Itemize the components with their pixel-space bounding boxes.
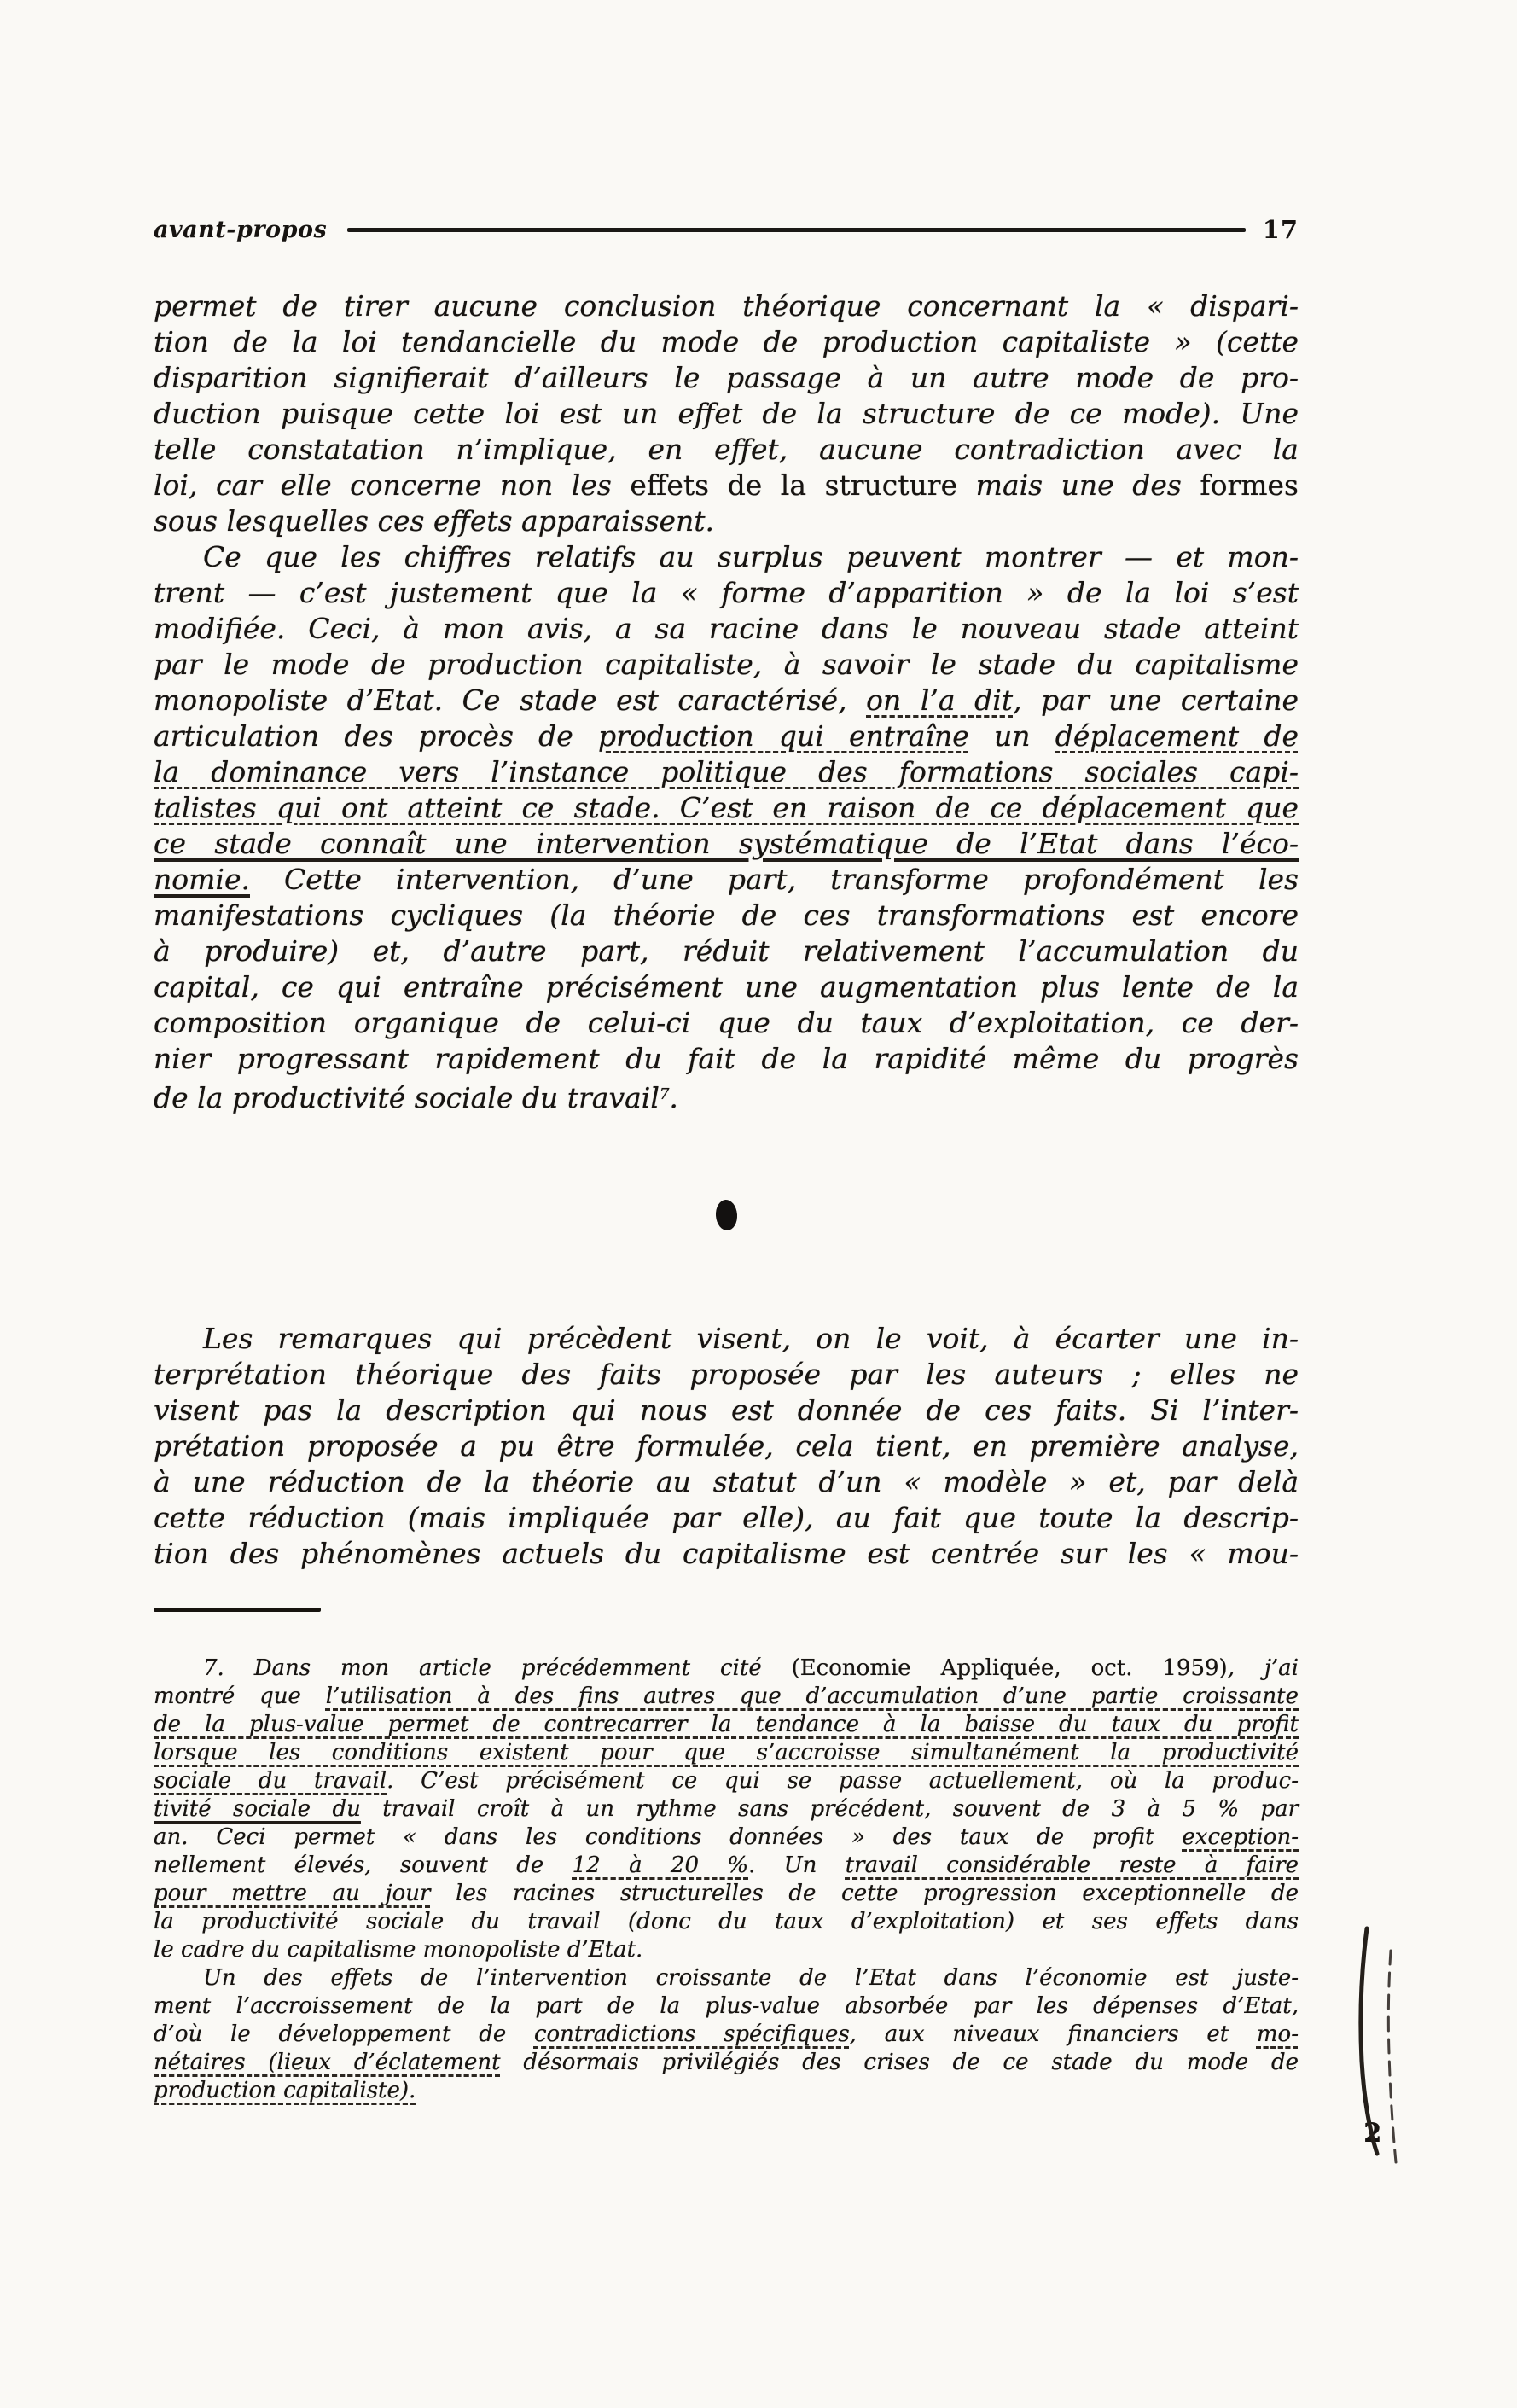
- text-segment: effets de la structure: [630, 468, 975, 502]
- text-segment: , j’ai: [1228, 1655, 1299, 1681]
- section-break: [154, 1200, 1299, 1230]
- underlined-text: nomie.: [154, 863, 250, 896]
- margin-pen-marks: [1328, 1925, 1404, 2172]
- text-line: nomie. Cette intervention, d’une part, t…: [154, 862, 1299, 898]
- text-segment: à produire) et, d’autre part, réduit rel…: [154, 934, 1299, 968]
- text-line: duction puisque cette loi est un effet d…: [154, 396, 1299, 432]
- underlined-text: la dominance vers l’instance politique d…: [154, 755, 1299, 788]
- text-line: pour mettre au jour les racines structur…: [154, 1880, 1299, 1908]
- text-segment: les racines structurelles de cette progr…: [430, 1881, 1299, 1906]
- text-line: la productivité sociale du travail (donc…: [154, 1908, 1299, 1936]
- underlined-text: de la plus-value permet de contrecarrer …: [154, 1712, 1299, 1737]
- underlined-text: déplacement de: [1055, 719, 1299, 753]
- text-segment: .: [669, 1081, 678, 1114]
- text-segment: tion des phénomènes actuels du capitalis…: [154, 1537, 1299, 1570]
- underlined-text: travail considérable reste à faire: [846, 1853, 1299, 1878]
- text-segment: manifestations cycliques (la théorie de …: [154, 899, 1299, 932]
- text-line: lorsque les conditions existent pour que…: [154, 1739, 1299, 1767]
- text-line: trent — c’est justement que la « forme d…: [154, 575, 1299, 611]
- text-segment: Ce que les chiffres relatifs au surplus …: [203, 540, 1299, 573]
- text-segment: mais une des: [976, 468, 1200, 502]
- footnote-rule: [154, 1608, 321, 1612]
- text-line: cette réduction (mais impliquée par elle…: [154, 1500, 1299, 1536]
- text-segment: telle constatation n’implique, en effet,…: [154, 433, 1299, 466]
- text-segment: terprétation théorique des faits proposé…: [154, 1358, 1299, 1391]
- text-segment: un: [969, 719, 1055, 753]
- text-segment: nellement élevés, souvent de: [154, 1853, 573, 1878]
- text-line: manifestations cycliques (la théorie de …: [154, 898, 1299, 934]
- text-segment: an. Ceci permet « dans les conditions do…: [154, 1824, 1182, 1850]
- text-line: Un des effets de l’intervention croissan…: [154, 1964, 1299, 1992]
- underlined-text: contradictions spécifiques: [534, 2021, 850, 2047]
- running-title: avant-propos: [154, 217, 327, 243]
- text-segment: visent pas la description qui nous est d…: [154, 1393, 1299, 1427]
- body-text: permet de tirer aucune conclusion théori…: [154, 288, 1299, 1113]
- text-line: talistes qui ont atteint ce stade. C’est…: [154, 790, 1299, 826]
- text-segment: , par une certaine: [1013, 683, 1299, 717]
- underlined-text: talistes qui ont atteint ce stade. C’est…: [154, 791, 1299, 824]
- text-line: la dominance vers l’instance politique d…: [154, 754, 1299, 790]
- text-line: terprétation théorique des faits proposé…: [154, 1357, 1299, 1393]
- text-line: 7. Dans mon article précédemment cité (E…: [154, 1655, 1299, 1683]
- text-segment: disparition signifierait d’ailleurs le p…: [154, 361, 1299, 394]
- book-page: avant-propos 17 permet de tirer aucune c…: [0, 0, 1517, 2408]
- underlined-text: l’utilisation à des fins autres que d’ac…: [326, 1684, 1299, 1709]
- text-line: montré que l’utilisation à des fins autr…: [154, 1683, 1299, 1711]
- section-break-bullet-icon: [714, 1199, 737, 1231]
- text-line: composition organique de celui-ci que du…: [154, 1005, 1299, 1041]
- header-rule: [347, 228, 1245, 232]
- text-line: visent pas la description qui nous est d…: [154, 1393, 1299, 1428]
- text-segment: 7. Dans mon article précédemment cité: [203, 1655, 792, 1681]
- text-segment: la productivité sociale du travail (donc…: [154, 1909, 1299, 1934]
- text-line: Ce que les chiffres relatifs au surplus …: [154, 539, 1299, 575]
- text-segment: par le mode de production capitaliste, à…: [154, 648, 1299, 681]
- text-line: modifiée. Ceci, à mon avis, a sa racine …: [154, 611, 1299, 647]
- text-segment: désormais privilégiés des crises de ce s…: [501, 2050, 1299, 2075]
- underlined-text: nétaires (lieux d’éclatement: [154, 2050, 501, 2075]
- text-segment: permet de tirer aucune conclusion théori…: [154, 289, 1299, 323]
- text-segment: articulation des procès de: [154, 719, 598, 753]
- text-segment: formes: [1200, 468, 1299, 502]
- underlined-text: on l’a dit: [866, 683, 1013, 717]
- page-header: avant-propos 17: [154, 215, 1299, 244]
- text-line: ment l’accroissement de la part de la pl…: [154, 1992, 1299, 2021]
- text-segment: à une réduction de la théorie au statut …: [154, 1465, 1299, 1498]
- text-segment: travail croît à un rythme sans précédent…: [361, 1796, 1299, 1822]
- text-segment: monopoliste d’Etat. Ce stade est caracté…: [154, 683, 866, 717]
- text-line: tion des phénomènes actuels du capitalis…: [154, 1536, 1299, 1572]
- footnote-text: 7. Dans mon article précédemment cité (E…: [154, 1655, 1299, 2105]
- paragraph: Les remarques qui précèdent visent, on l…: [154, 1321, 1299, 1572]
- text-line: à produire) et, d’autre part, réduit rel…: [154, 934, 1299, 969]
- text-segment: trent — c’est justement que la « forme d…: [154, 576, 1299, 609]
- text-line: monopoliste d’Etat. Ce stade est caracté…: [154, 683, 1299, 718]
- text-line: sous lesquelles ces effets apparaissent.: [154, 503, 1299, 539]
- text-line: Les remarques qui précèdent visent, on l…: [154, 1321, 1299, 1357]
- text-segment: 7: [660, 1085, 670, 1103]
- underlined-text: pour mettre au jour: [154, 1881, 430, 1906]
- text-line: nétaires (lieux d’éclatement désormais p…: [154, 2049, 1299, 2077]
- body-text-after-break: Les remarques qui précèdent visent, on l…: [154, 1321, 1299, 1572]
- underlined-text: exception-: [1182, 1824, 1299, 1850]
- underlined-text: 12 à 20 %: [573, 1853, 748, 1878]
- text-segment: Un des effets de l’intervention croissan…: [203, 1965, 1299, 1991]
- text-line: articulation des procès de production qu…: [154, 718, 1299, 754]
- text-line: telle constatation n’implique, en effet,…: [154, 432, 1299, 468]
- text-line: par le mode de production capitaliste, à…: [154, 647, 1299, 683]
- text-segment: cette réduction (mais impliquée par elle…: [154, 1501, 1299, 1534]
- underlined-text: production qui entraîne: [598, 719, 969, 753]
- text-line: capital, ce qui entraîne précisément une…: [154, 969, 1299, 1005]
- text-line: à une réduction de la théorie au statut …: [154, 1464, 1299, 1500]
- text-segment: tion de la loi tendancielle du mode de p…: [154, 325, 1299, 358]
- underlined-text: sociale du travail: [154, 1768, 387, 1794]
- text-segment: de la productivité sociale du travail: [154, 1081, 660, 1114]
- text-segment: modifiée. Ceci, à mon avis, a sa racine …: [154, 612, 1299, 645]
- underlined-text: production capitaliste).: [154, 2078, 416, 2103]
- text-segment: . Un: [748, 1853, 846, 1878]
- text-line: nellement élevés, souvent de 12 à 20 %. …: [154, 1852, 1299, 1880]
- underlined-text: mo-: [1257, 2021, 1299, 2047]
- text-segment: loi, car elle concerne non les: [154, 468, 630, 502]
- text-segment: ment l’accroissement de la part de la pl…: [154, 1993, 1299, 2019]
- text-line: loi, car elle concerne non les effets de…: [154, 468, 1299, 503]
- text-line: sociale du travail. C’est précisément ce…: [154, 1767, 1299, 1795]
- text-line: d’où le développement de contradictions …: [154, 2021, 1299, 2049]
- text-line: tivité sociale du travail croît à un ryt…: [154, 1795, 1299, 1823]
- text-segment: , aux niveaux financiers et: [850, 2021, 1257, 2047]
- text-segment: prétation proposée a pu être formulée, c…: [154, 1429, 1299, 1463]
- text-segment: le cadre du capitalisme monopoliste d’Et…: [154, 1937, 642, 1963]
- underlined-text: tivité sociale du: [154, 1796, 361, 1822]
- text-line: an. Ceci permet « dans les conditions do…: [154, 1823, 1299, 1852]
- text-line: disparition signifierait d’ailleurs le p…: [154, 360, 1299, 396]
- paragraph: permet de tirer aucune conclusion théori…: [154, 288, 1299, 539]
- text-segment: duction puisque cette loi est un effet d…: [154, 397, 1299, 430]
- text-line: de la productivité sociale du travail7.: [154, 1077, 1299, 1113]
- paragraph: 7. Dans mon article précédemment cité (E…: [154, 1655, 1299, 1964]
- text-segment: Les remarques qui précèdent visent, on l…: [203, 1322, 1299, 1355]
- paragraph: Un des effets de l’intervention croissan…: [154, 1964, 1299, 2105]
- header-page-number: 17: [1263, 215, 1299, 244]
- text-line: production capitaliste).: [154, 2077, 1299, 2105]
- text-segment: nier progressant rapidement du fait de l…: [154, 1042, 1299, 1075]
- text-line: tion de la loi tendancielle du mode de p…: [154, 324, 1299, 360]
- text-segment: (Economie Appliquée, oct. 1959): [792, 1655, 1228, 1681]
- text-segment: composition organique de celui-ci que du…: [154, 1006, 1299, 1039]
- paragraph: Ce que les chiffres relatifs au surplus …: [154, 539, 1299, 1113]
- text-line: nier progressant rapidement du fait de l…: [154, 1041, 1299, 1077]
- underlined-text: lorsque les conditions existent pour que…: [154, 1740, 1299, 1765]
- text-line: le cadre du capitalisme monopoliste d’Et…: [154, 1936, 1299, 1964]
- text-segment: capital, ce qui entraîne précisément une…: [154, 970, 1299, 1003]
- text-segment: d’où le développement de: [154, 2021, 534, 2047]
- underlined-text: ce stade connaît une intervention systém…: [154, 827, 1299, 860]
- text-line: ce stade connaît une intervention systém…: [154, 826, 1299, 862]
- text-segment: Cette intervention, d’une part, transfor…: [250, 863, 1299, 896]
- text-line: de la plus-value permet de contrecarrer …: [154, 1711, 1299, 1739]
- text-segment: montré que: [154, 1684, 326, 1709]
- text-block: permet de tirer aucune conclusion théori…: [154, 288, 1299, 2105]
- text-line: permet de tirer aucune conclusion théori…: [154, 288, 1299, 324]
- text-line: prétation proposée a pu être formulée, c…: [154, 1428, 1299, 1464]
- text-segment: sous lesquelles ces effets apparaissent.: [154, 504, 714, 538]
- text-segment: . C’est précisément ce qui se passe actu…: [387, 1768, 1299, 1794]
